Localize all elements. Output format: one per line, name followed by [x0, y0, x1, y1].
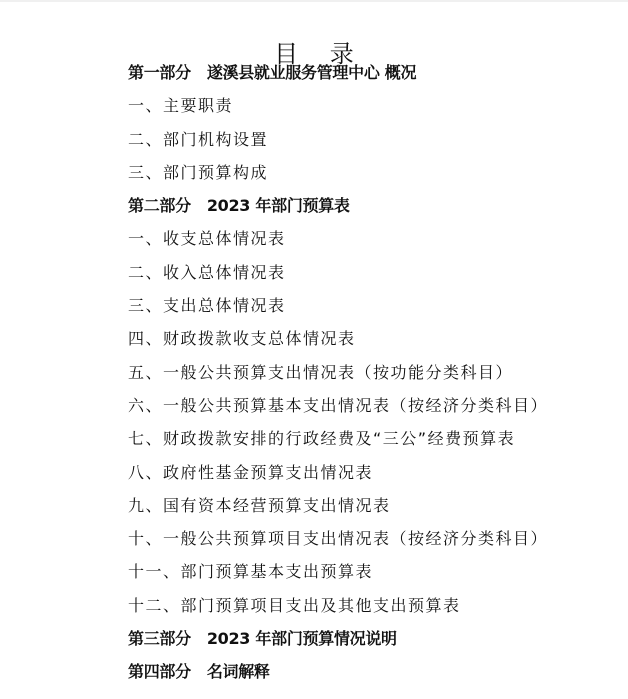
toc-item-table-5[interactable]: 五、一般公共预算支出情况表（按功能分类科目）: [128, 356, 548, 389]
table-of-contents: 第一部分遂溪县就业服务管理中心 概况 一、主要职责 二、部门机构设置 三、部门预…: [128, 56, 548, 689]
toc-item-table-7[interactable]: 七、财政拨款安排的行政经费及“三公”经费预算表: [128, 422, 548, 455]
part-label: 第二部分: [128, 189, 191, 222]
toc-item-table-4[interactable]: 四、财政拨款收支总体情况表: [128, 322, 548, 355]
toc-item-budget-composition[interactable]: 三、部门预算构成: [128, 156, 548, 189]
part-label: 第一部分: [128, 56, 191, 89]
part-title: 2023 年部门预算情况说明: [207, 629, 397, 648]
part-title: 名词解释: [207, 662, 270, 681]
part-title: 2023 年部门预算表: [207, 196, 350, 215]
part-title: 遂溪县就业服务管理中心 概况: [207, 63, 416, 82]
toc-item-org-structure[interactable]: 二、部门机构设置: [128, 123, 548, 156]
toc-part-3[interactable]: 第三部分2023 年部门预算情况说明: [128, 622, 548, 655]
toc-item-table-8[interactable]: 八、政府性基金预算支出情况表: [128, 456, 548, 489]
toc-item-table-3[interactable]: 三、支出总体情况表: [128, 289, 548, 322]
toc-part-2[interactable]: 第二部分2023 年部门预算表: [128, 189, 548, 222]
toc-part-4[interactable]: 第四部分名词解释: [128, 655, 548, 688]
toc-item-table-2[interactable]: 二、收入总体情况表: [128, 256, 548, 289]
part-label: 第三部分: [128, 622, 191, 655]
toc-item-table-12[interactable]: 十二、部门预算项目支出及其他支出预算表: [128, 589, 548, 622]
toc-item-table-6[interactable]: 六、一般公共预算基本支出情况表（按经济分类科目）: [128, 389, 548, 422]
toc-item-table-11[interactable]: 十一、部门预算基本支出预算表: [128, 555, 548, 588]
toc-item-table-1[interactable]: 一、收支总体情况表: [128, 222, 548, 255]
page-top-edge: [0, 0, 628, 2]
part-label: 第四部分: [128, 655, 191, 688]
toc-item-table-10[interactable]: 十、一般公共预算项目支出情况表（按经济分类科目）: [128, 522, 548, 555]
toc-item-table-9[interactable]: 九、国有资本经营预算支出情况表: [128, 489, 548, 522]
toc-item-main-duties[interactable]: 一、主要职责: [128, 89, 548, 122]
toc-part-1[interactable]: 第一部分遂溪县就业服务管理中心 概况: [128, 56, 548, 89]
